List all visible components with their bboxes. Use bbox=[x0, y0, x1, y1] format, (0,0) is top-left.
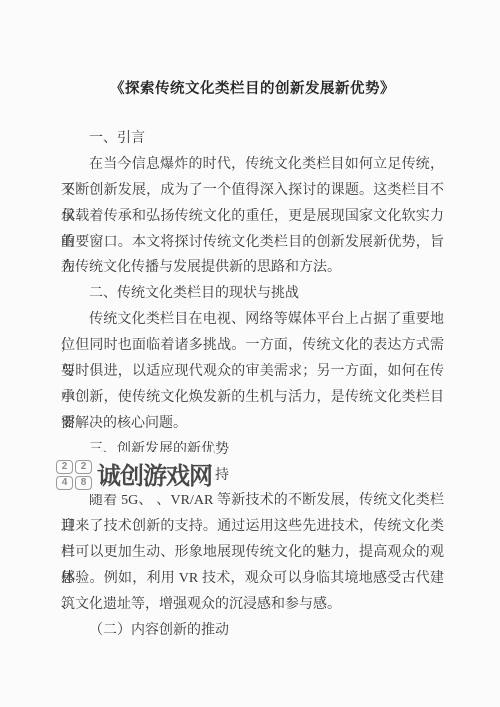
watermark-site-name: 诚创游戏网 bbox=[97, 456, 212, 491]
logo-number-cell: 2 bbox=[75, 460, 92, 474]
text-line: 与时俱进，以适应现代观众的审美需求；另一方面，如何在传承 bbox=[61, 359, 444, 385]
logo-number-cell: 8 bbox=[75, 476, 92, 490]
site-watermark: 2248 诚创游戏网 bbox=[54, 452, 214, 494]
text-line: 为传统文化传播与发展提供新的思路和方法。 bbox=[61, 255, 444, 281]
text-line: 要解决的核心问题。 bbox=[61, 411, 444, 437]
text-line: 在当今信息爆炸的时代，传统文化类栏目如何立足传统，又 bbox=[61, 152, 444, 178]
text-line: 传统文化类栏目在电视、网络等媒体平台上占据了重要地位 bbox=[61, 307, 444, 333]
logo-number-cell: 2 bbox=[56, 460, 73, 474]
game-2248-logo-icon: 2248 bbox=[56, 460, 92, 490]
text-line: 不断创新发展，成为了一个值得深入探讨的课题。这类栏目不仅 bbox=[61, 178, 444, 204]
document-page: 《探索传统文化类栏目的创新发展新优势》 一、引言在当今信息爆炸的时代，传统文化类… bbox=[0, 0, 500, 707]
text-line: 中创新，使传统文化焕发新的生机与活力，是传统文化类栏目需 bbox=[61, 385, 444, 411]
text-line: 目可以更加生动、形象地展现传统文化的魅力，提高观众的观感 bbox=[61, 540, 444, 566]
text-line: 一、引言 bbox=[61, 126, 444, 152]
text-line: 承载着传承和弘扬传统文化的重任，更是展现国家文化软实力的 bbox=[61, 204, 444, 230]
document-title: 《探索传统文化类栏目的创新发展新优势》 bbox=[61, 78, 444, 100]
text-line: 体验。例如，利用 VR 技术，观众可以身临其境地感受古代建筑 bbox=[61, 566, 444, 592]
document-lines: 一、引言在当今信息爆炸的时代，传统文化类栏目如何立足传统，又不断创新发展，成为了… bbox=[61, 126, 444, 644]
text-line: 、文化遗址等，增强观众的沉浸感和参与感。 bbox=[61, 592, 444, 618]
text-line: 二、传统文化类栏目的现状与挑战 bbox=[61, 281, 444, 307]
text-line: 迎来了技术创新的支持。通过运用这些先进技术，传统文化类栏 bbox=[61, 514, 444, 540]
text-line: 重要窗口。本文将探讨传统文化类栏目的创新发展新优势，旨在 bbox=[61, 230, 444, 256]
logo-number-cell: 4 bbox=[56, 476, 73, 490]
text-line: ，但同时也面临着诸多挑战。一方面，传统文化的表达方式需要 bbox=[61, 333, 444, 359]
text-line: （二）内容创新的推动 bbox=[61, 618, 444, 644]
